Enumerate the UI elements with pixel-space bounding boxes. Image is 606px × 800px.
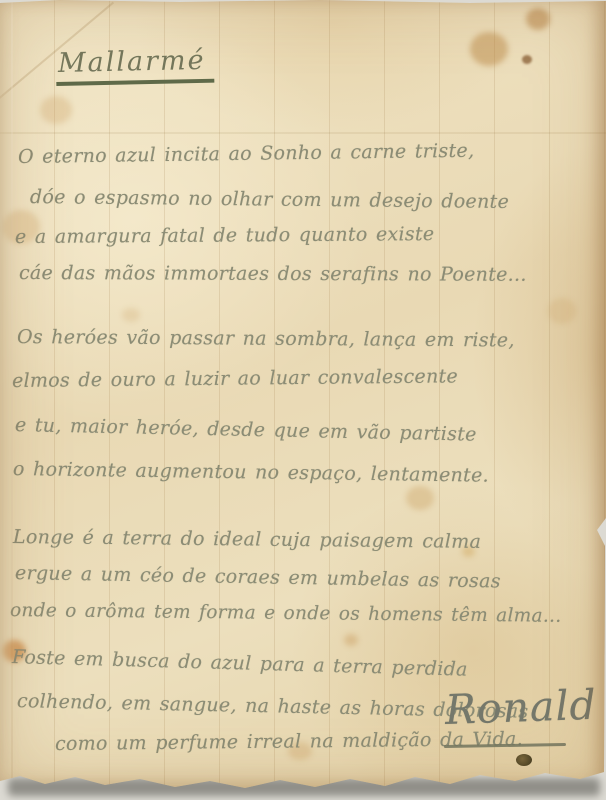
manuscript-photo: Mallarmé O eterno azul incita ao Sonho a…	[0, 0, 606, 800]
poem-line: Foste em busca do azul para a terra perd…	[12, 646, 468, 681]
poem-line: cáe das mãos immortaes dos serafins no P…	[19, 262, 527, 286]
poem-body: O eterno azul incita ao Sonho a carne tr…	[0, 0, 606, 792]
poem-line: O eterno azul incita ao Sonho a carne tr…	[18, 140, 475, 168]
poem-line: ergue a um céo de coraes em umbelas as r…	[15, 562, 501, 592]
poem-line: Longe é a terra do ideal cuja paisagem c…	[13, 526, 481, 553]
poem-line: elmos de ouro a luzir ao luar convalesce…	[12, 365, 458, 392]
poem-line: e tu, maior heróe, desde que em vão part…	[15, 414, 477, 446]
poem-line: Os heróes vão passar na sombra, lança em…	[17, 326, 515, 351]
seal-mark	[516, 754, 532, 766]
poem-line: onde o arôma tem forma e onde os homens …	[10, 600, 562, 627]
poem-line: e a amargura fatal de tudo quanto existe	[15, 223, 435, 248]
signature: Ronald	[444, 681, 597, 734]
poem-line: dóe o espasmo no olhar com um desejo doe…	[30, 186, 509, 213]
manuscript-paper: Mallarmé O eterno azul incita ao Sonho a…	[0, 0, 606, 792]
poem-line: o horizonte augmentou no espaço, lentame…	[13, 458, 489, 487]
